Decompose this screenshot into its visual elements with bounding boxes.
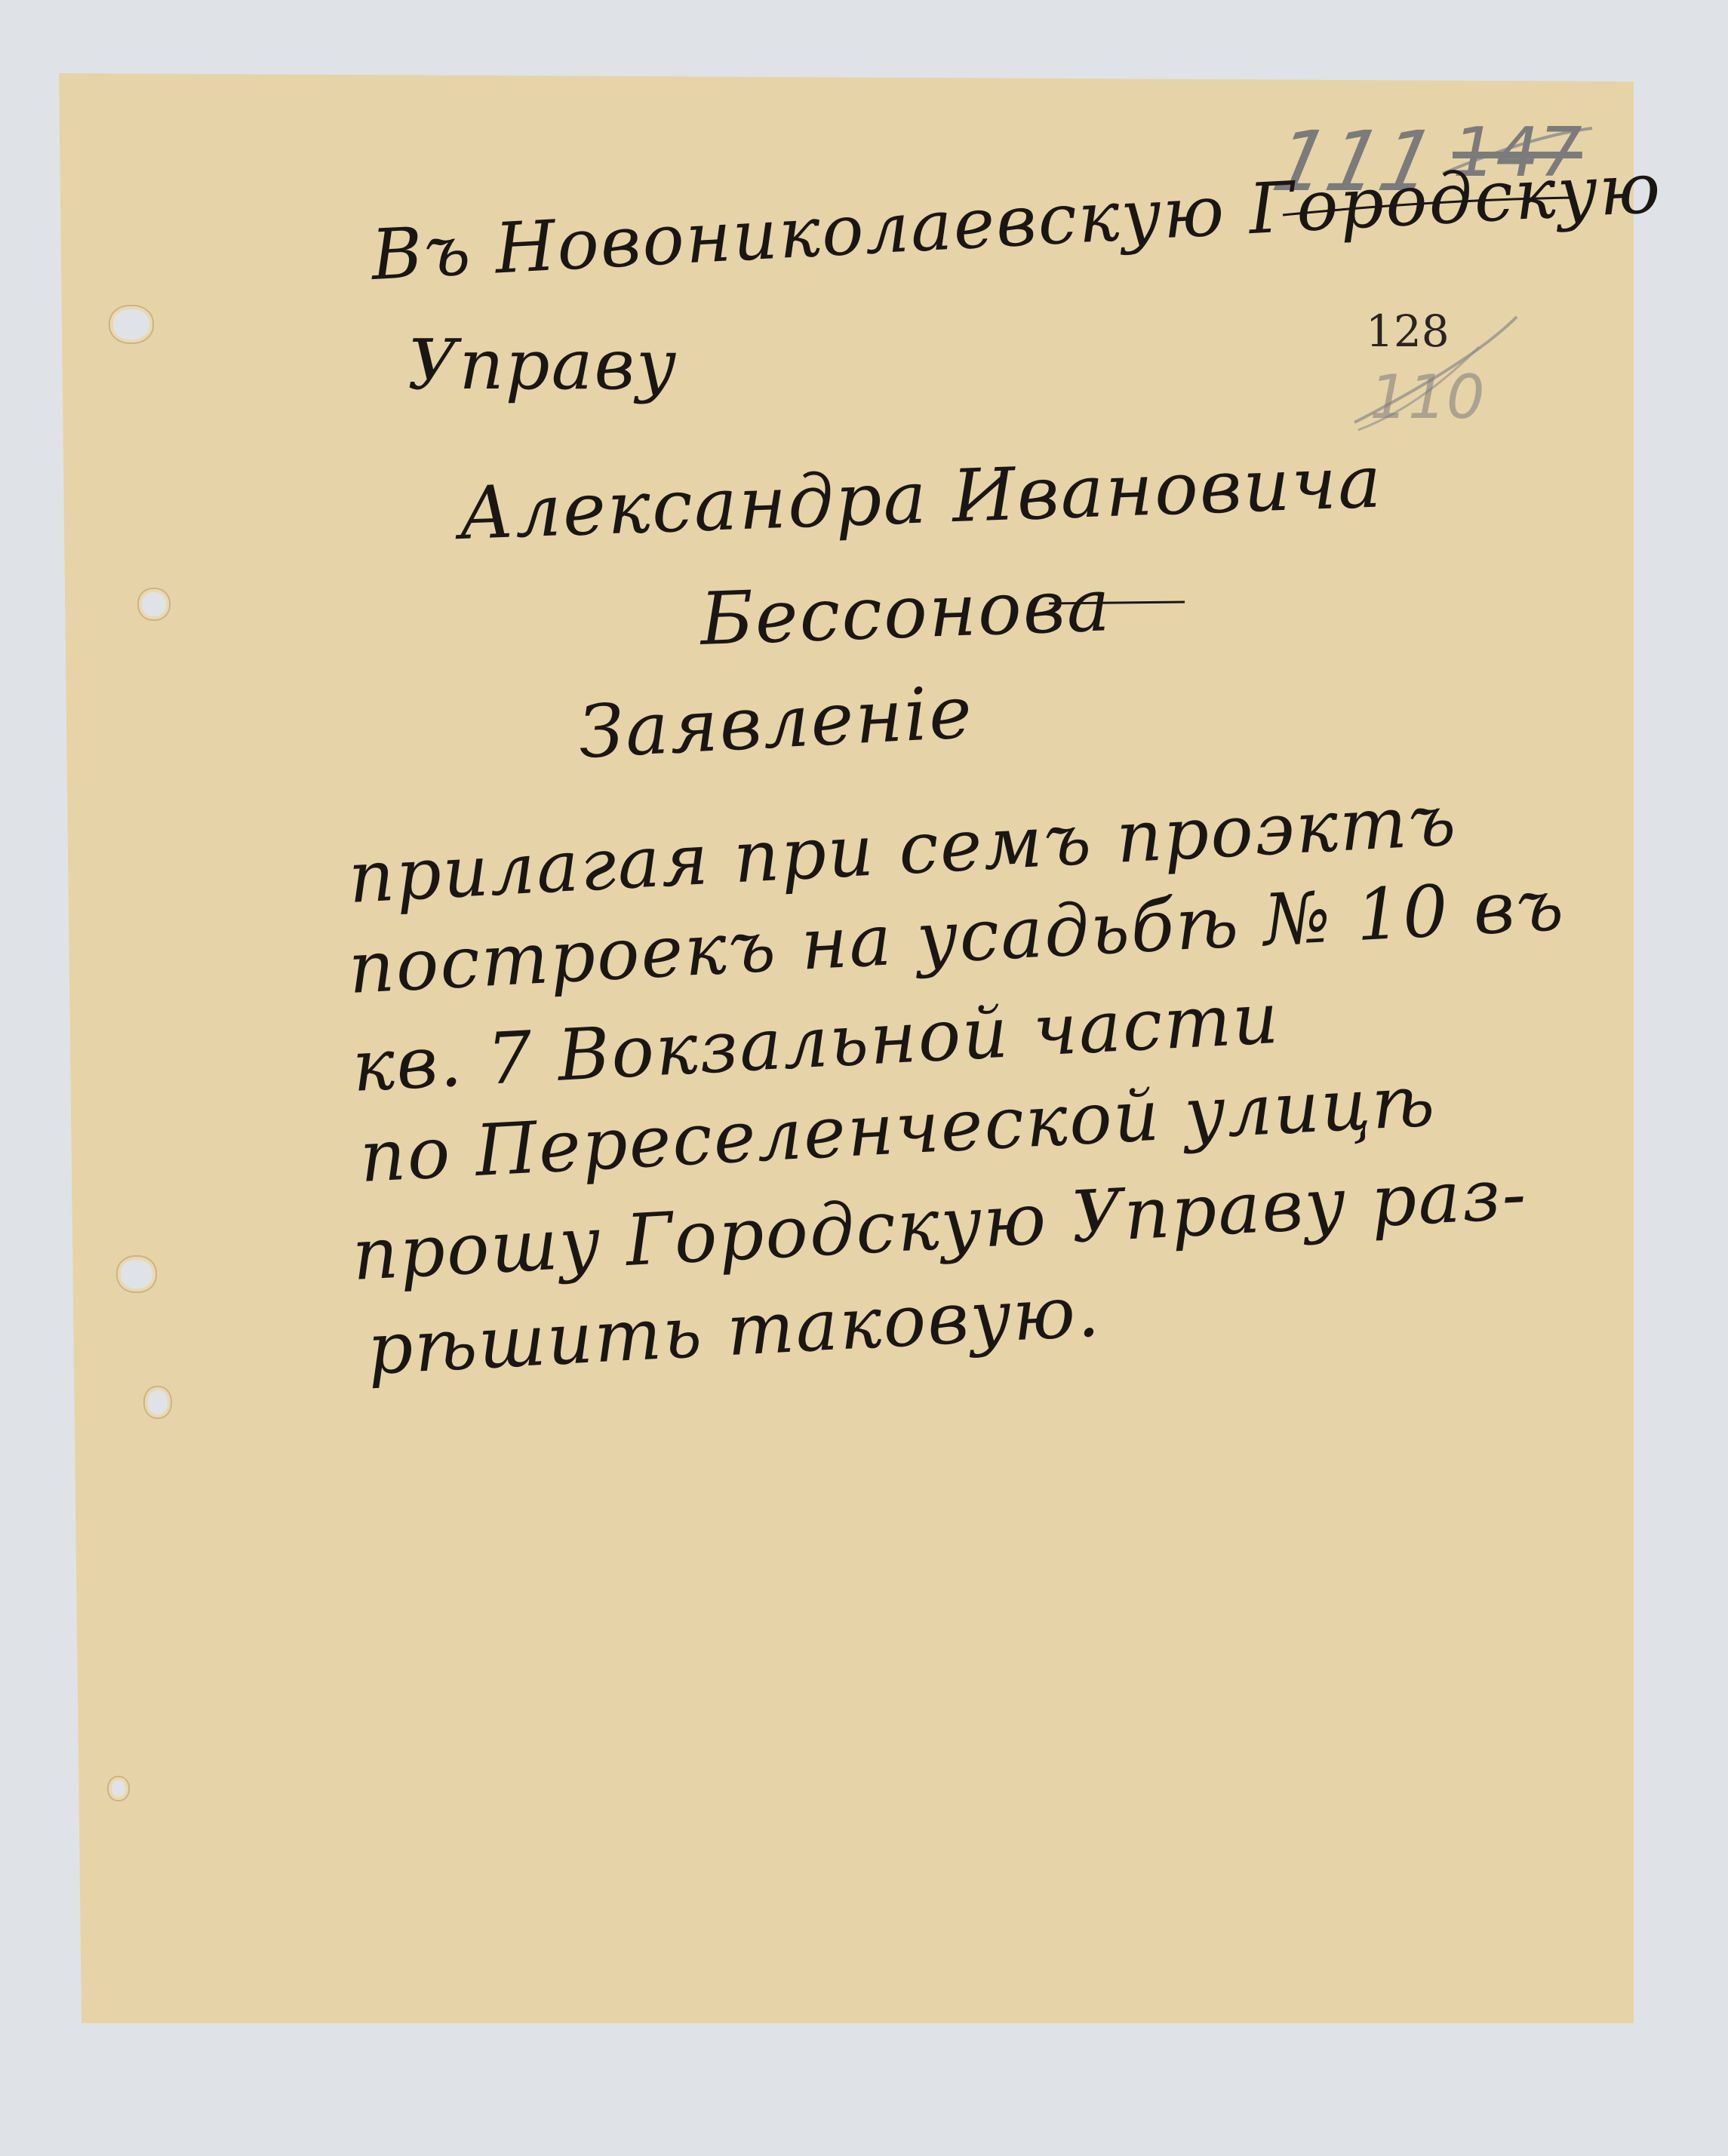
- pencil-number-struck: 110: [1370, 362, 1485, 432]
- punch-hole: [148, 1390, 168, 1414]
- sender-surname: Бессонова: [699, 563, 1112, 662]
- punch-hole: [113, 309, 149, 339]
- addressee-line-2: Управу: [407, 324, 678, 405]
- punch-hole: [112, 1780, 125, 1797]
- punch-hole: [121, 1260, 152, 1288]
- document-page: 111 147 128 110 Въ Новониколаевскую Горо…: [0, 0, 1728, 2156]
- punch-hole: [142, 592, 166, 616]
- stamped-number: 128: [1366, 306, 1450, 357]
